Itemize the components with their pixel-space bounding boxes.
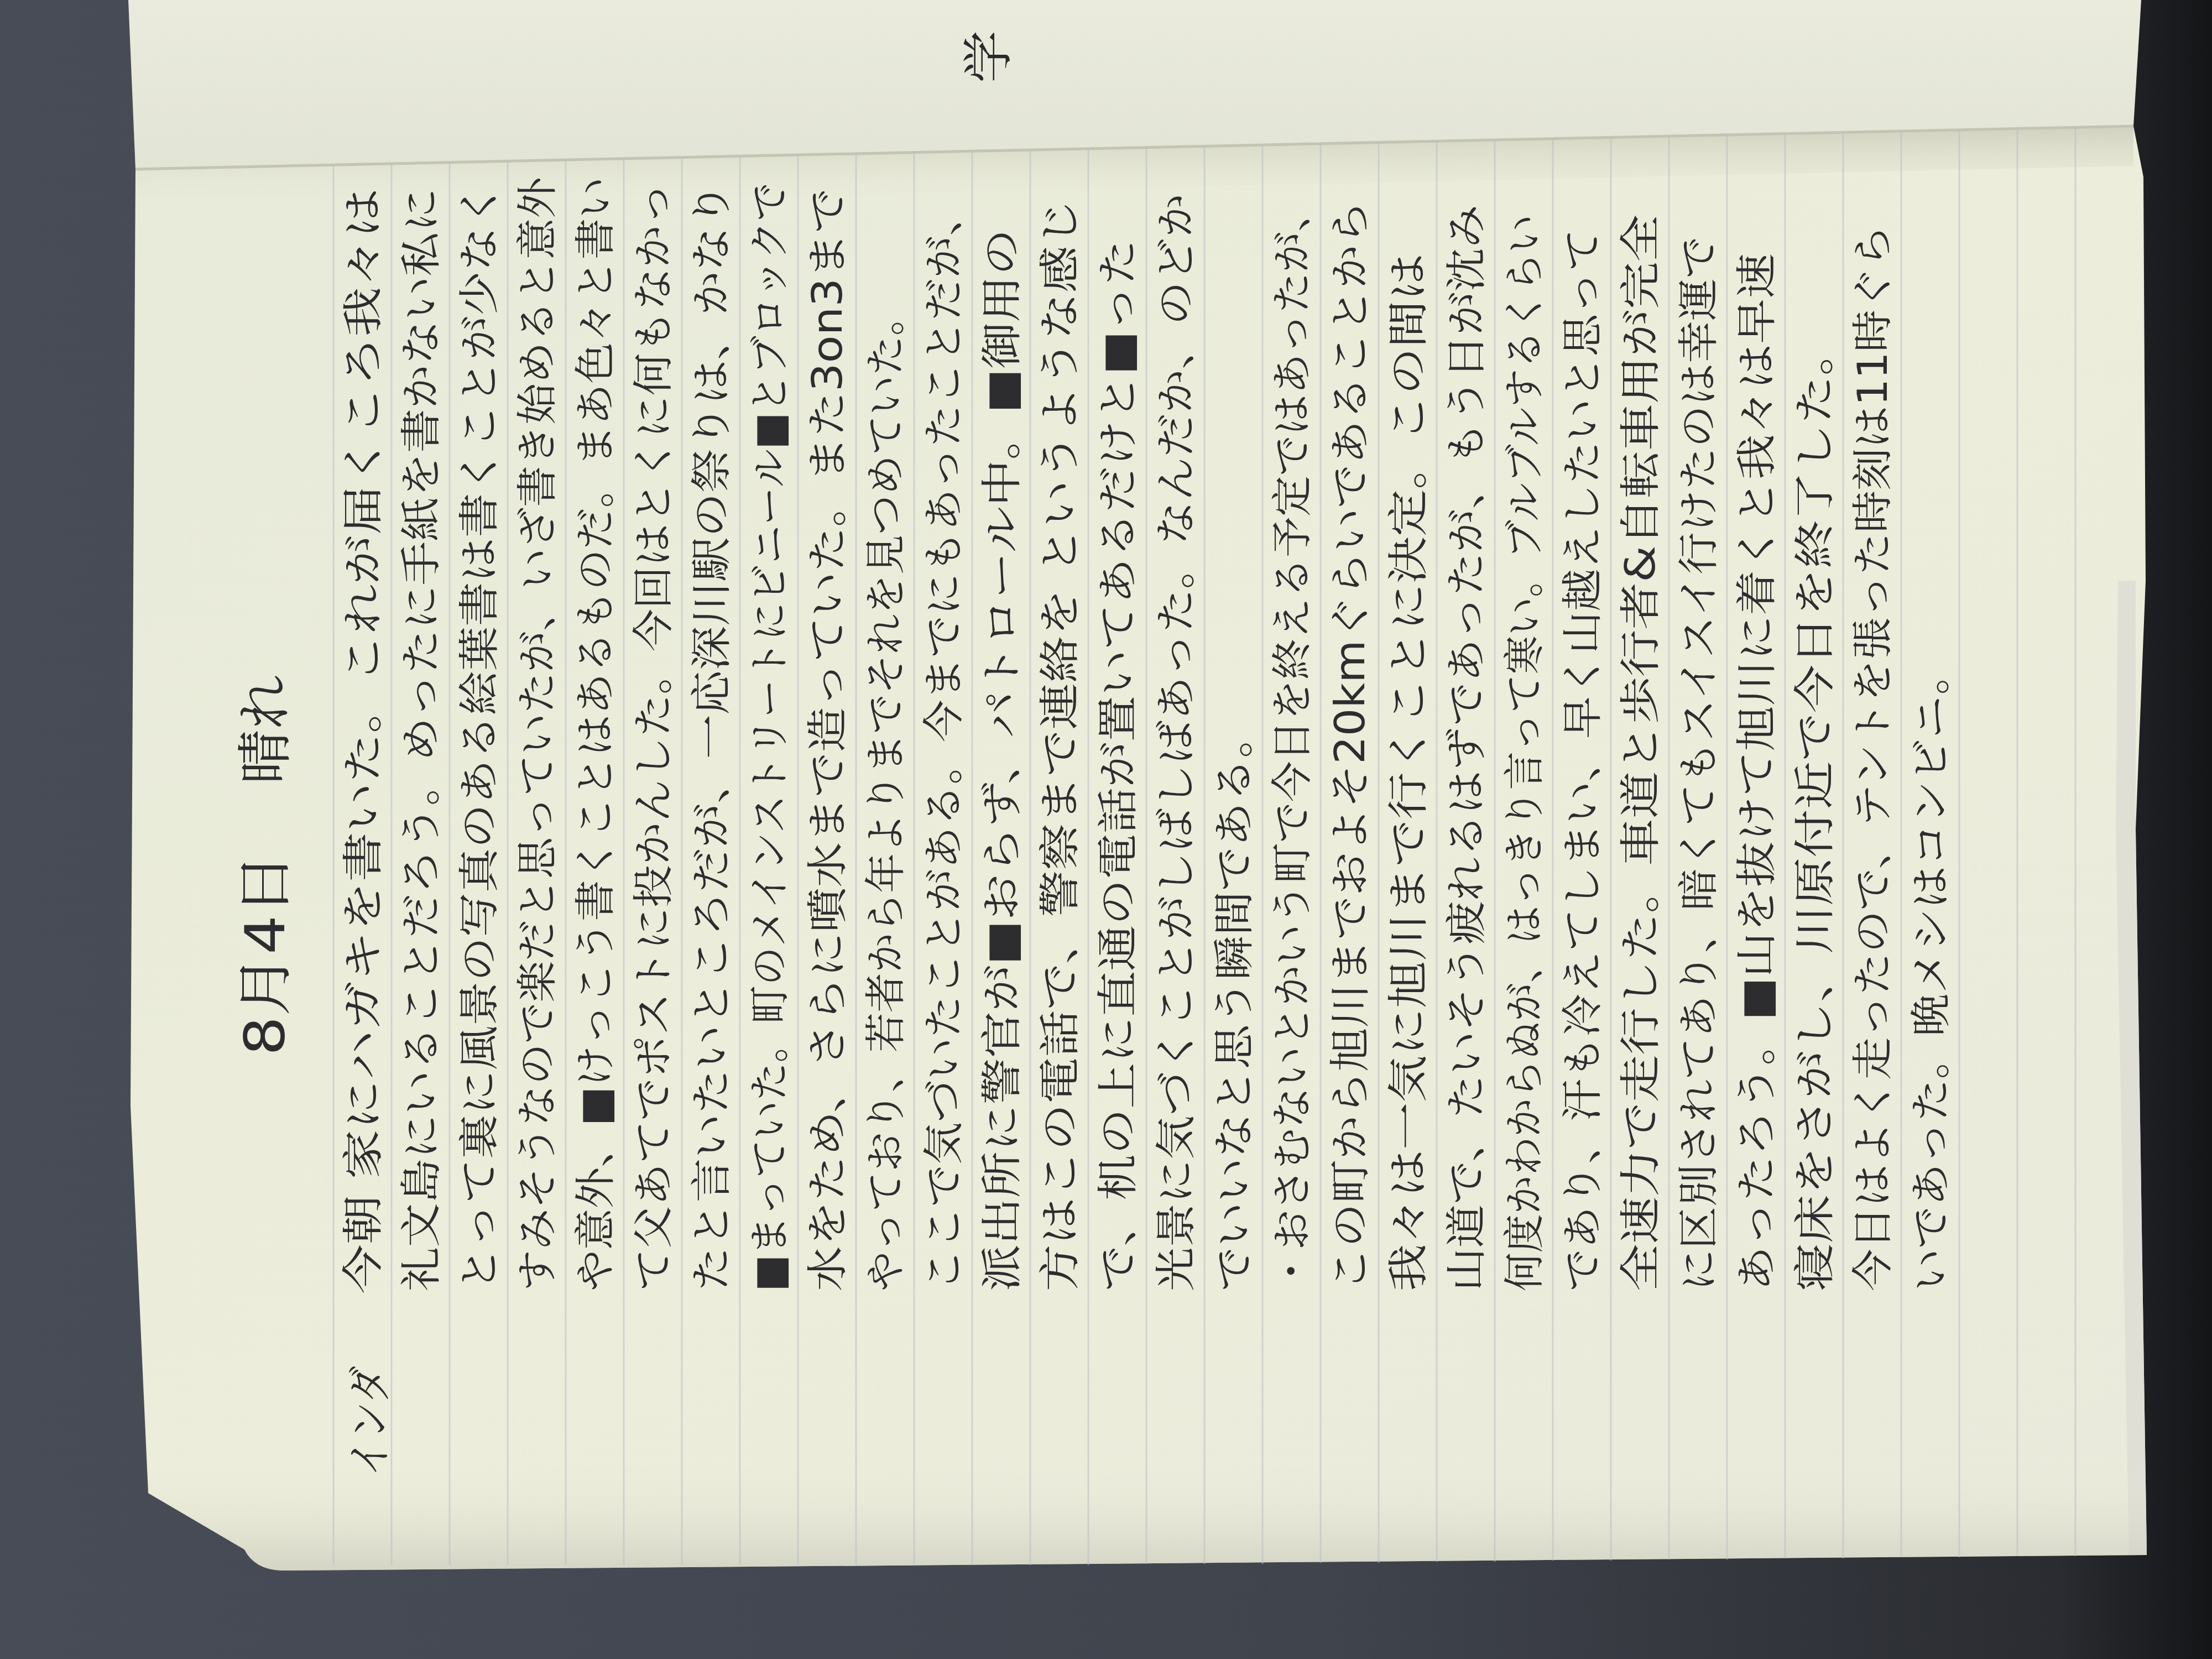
- diary-line: 寝床をさがし、川原付近で今日を終了した。: [1791, 327, 1839, 1291]
- diary-line: いであった。晩メシはコンビニ。: [1907, 652, 1955, 1291]
- notebook-photo: 学: [0, 0, 2212, 1659]
- header-weather: 晴れ: [233, 675, 298, 784]
- diary-line: 何度かわからぬが、はっきり言って寒い。ブルブルするくらい: [1501, 215, 1548, 1291]
- diary-line: 光景に気づくことがしばしばあった。なんだか、のどか: [1152, 194, 1200, 1291]
- diary-line: ■まっていた。町のメインストリートにビニール■とブロックで: [746, 182, 794, 1291]
- margin-label: インダ: [344, 1366, 395, 1477]
- diary-line: 礼文島にいることだろう。めったに手紙を書かない私に: [398, 188, 445, 1291]
- diary-line: や意外、■けっこう書くことはあるものだ。まあ色々と書い: [572, 177, 619, 1291]
- diary-line: 今日はよく走ったので、テントを張った時刻は11時ぐら: [1849, 225, 1897, 1291]
- page-bottom-shade: [148, 1460, 2147, 1571]
- diary-line: に区別されてあり、暗くてもスイスイ行けたのは幸運で: [1675, 236, 1723, 1291]
- diary-line: とって裏に風景の写真のある絵葉書は書くことが少なく: [456, 182, 503, 1291]
- diary-line: て父あてでポストに投かんした。今回はとくに何もなかっ: [630, 182, 677, 1291]
- diary-line: 全速力で走行した。車道と歩行者&自転車用が完全: [1617, 215, 1665, 1291]
- diary-line: 我々は一気に旭川まで行くことに決定。この間は: [1385, 253, 1432, 1291]
- diary-line: 方はこの電話で、警察まで連絡を というような感じ: [1036, 199, 1084, 1291]
- facing-page-text-fragment: 学: [959, 30, 1018, 83]
- diary-line: 今朝 家にハガキを書いた。これが届くころ我々は: [340, 188, 387, 1294]
- diary-line: たと言いたいところだが、一応深川駅の祭りは、かなり: [688, 182, 735, 1291]
- diary-line: で、机の上に直通の電話が置いてあるだけと■った: [1094, 239, 1142, 1291]
- diary-line: 水をため、さらに噴水まで造っていた。また3on3まで: [804, 188, 852, 1291]
- diary-line: あったろう。■山を抜けて旭川に着くと我々は早速: [1733, 253, 1781, 1291]
- diary-line: 派出所に警官が■おらず、パトロール中。■御用の: [978, 229, 1026, 1291]
- diary-line: この町から旭川までおよそ20kmぐらいであることから: [1327, 201, 1374, 1291]
- header-date: 8月4日: [233, 853, 298, 1056]
- diary-line: 山道で、たいそう疲れるはずであったが、もう日が沈み: [1443, 205, 1490, 1291]
- diary-line: ここで気づいたことがある。今までにもあったことだが、: [920, 194, 968, 1291]
- diary-line: すみそうなので楽だと思っていたが、いざ書き始めると意外: [514, 176, 561, 1291]
- diary-line: でいいなと思う瞬間である。: [1211, 713, 1258, 1291]
- diary-line: であり、汗も冷えてしまい、早く山越えしたいと思って: [1559, 229, 1606, 1291]
- diary-line: やっており、若者から年よりまでそれを見つめていた。: [862, 296, 910, 1291]
- diary-line: ・おさむないとかいう町で今日を終える予定ではあったが、: [1269, 191, 1316, 1291]
